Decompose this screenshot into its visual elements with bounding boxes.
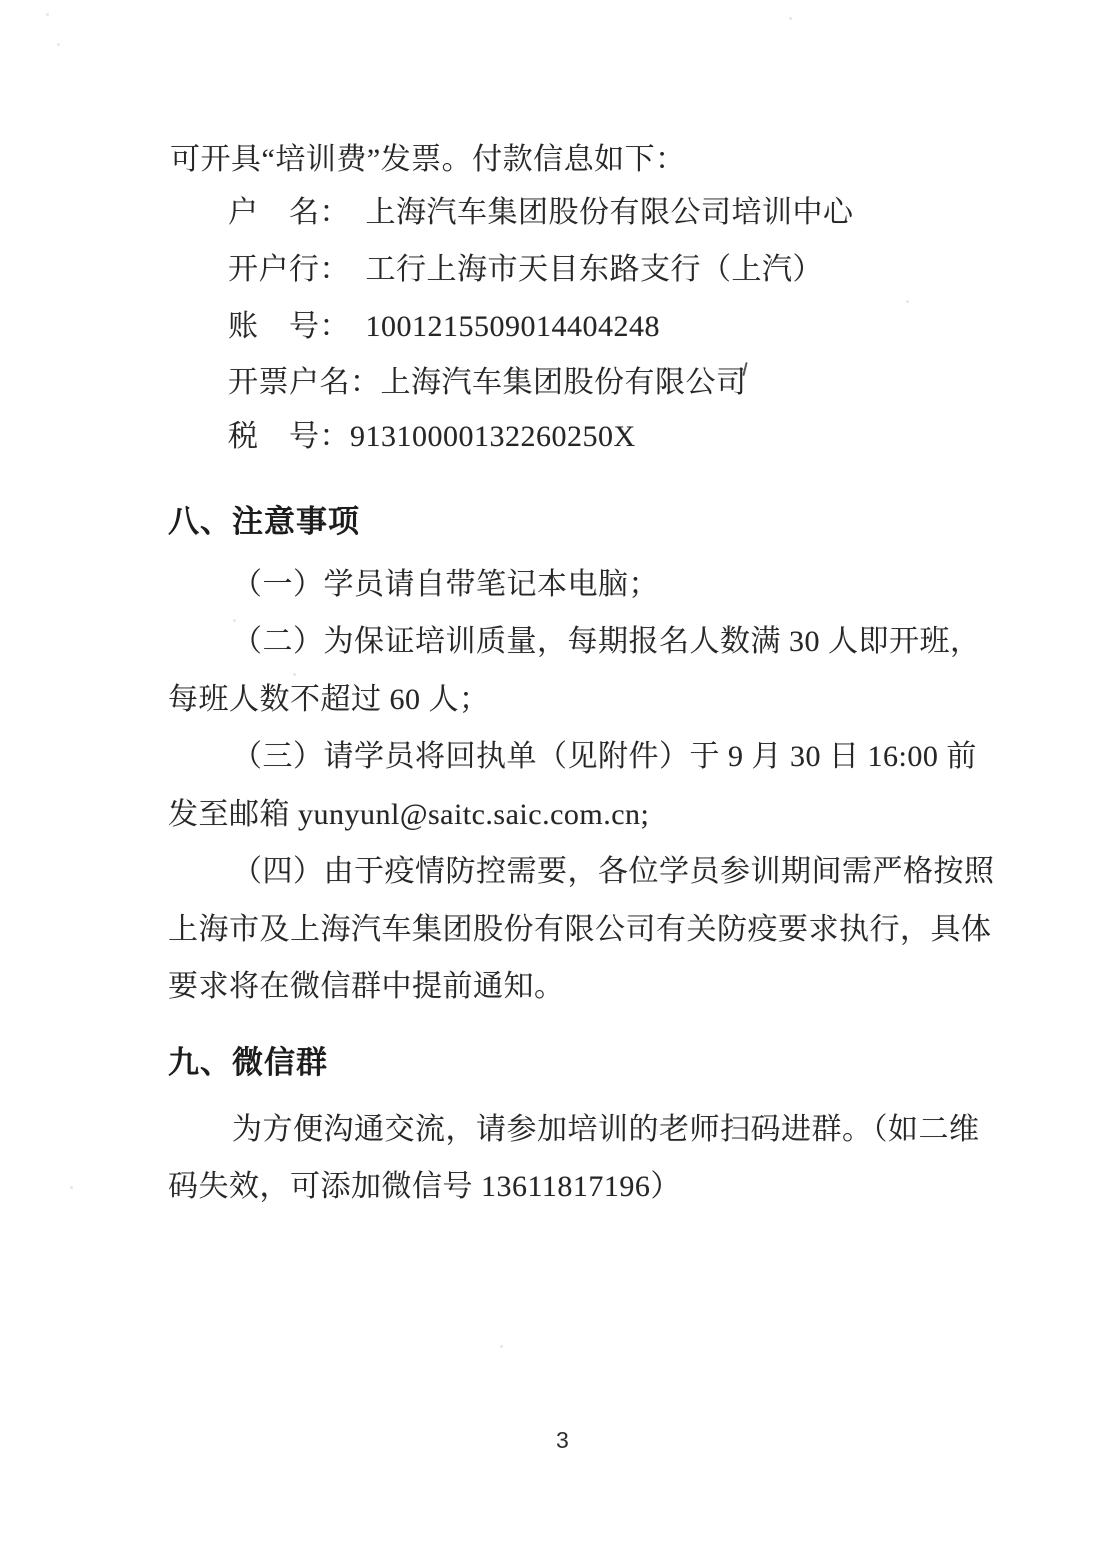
scan-speck (906, 300, 909, 303)
scan-speck (500, 1345, 503, 1348)
notes-line: （一）学员请自带笔记本电脑； (232, 567, 659, 603)
notes-line: 每班人数不超过 60 人； (168, 682, 490, 718)
wechat-line: 码失效，可添加微信号 13611817196） (168, 1169, 681, 1205)
section-heading-wechat: 九、微信群 (168, 1044, 328, 1082)
payment-row-tax-number: 税 号：91310000132260250X (228, 419, 636, 455)
notes-line: 上海市及上海汽车集团股份有限公司有关防疫要求执行，具体 (168, 912, 992, 948)
scan-speck (70, 1186, 73, 1189)
scan-speck (233, 619, 236, 622)
scan-speck (46, 13, 49, 16)
scan-speck (789, 17, 792, 20)
page-number: 3 (556, 1427, 569, 1454)
document-page: 可开具“培训费”发票。付款信息如下： 户 名： 上海汽车集团股份有限公司培训中心… (0, 0, 1102, 1559)
payment-row-account-number: 账 号： 1001215509014404248 (228, 309, 660, 345)
scan-speck (57, 43, 60, 46)
payment-row-invoice-name: 开票户名：上海汽车集团股份有限公司 (228, 365, 747, 401)
payment-row-account-name: 户 名： 上海汽车集团股份有限公司培训中心 (228, 195, 854, 231)
wechat-line: 为方便沟通交流，请参加培训的老师扫码进群。（如二维 (232, 1112, 980, 1148)
notes-line-email: 发至邮箱 yunyunl@saitc.saic.com.cn; (168, 797, 649, 833)
notes-line: （三）请学员将回执单（见附件）于 9 月 30 日 16:00 前 (232, 739, 977, 775)
notes-line: （四）由于疫情防控需要，各位学员参训期间需严格按照 (232, 854, 995, 890)
payment-row-bank: 开户行： 工行上海市天目东路支行（上汽） (228, 252, 823, 288)
payment-intro-line: 可开具“培训费”发票。付款信息如下： (170, 142, 686, 178)
scan-speck (293, 673, 296, 676)
notes-line: （二）为保证培训质量，每期报名人数满 30 人即开班， (232, 624, 981, 660)
notes-line: 要求将在微信群中提前通知。 (168, 969, 565, 1005)
section-heading-notes: 八、注意事项 (168, 503, 360, 541)
